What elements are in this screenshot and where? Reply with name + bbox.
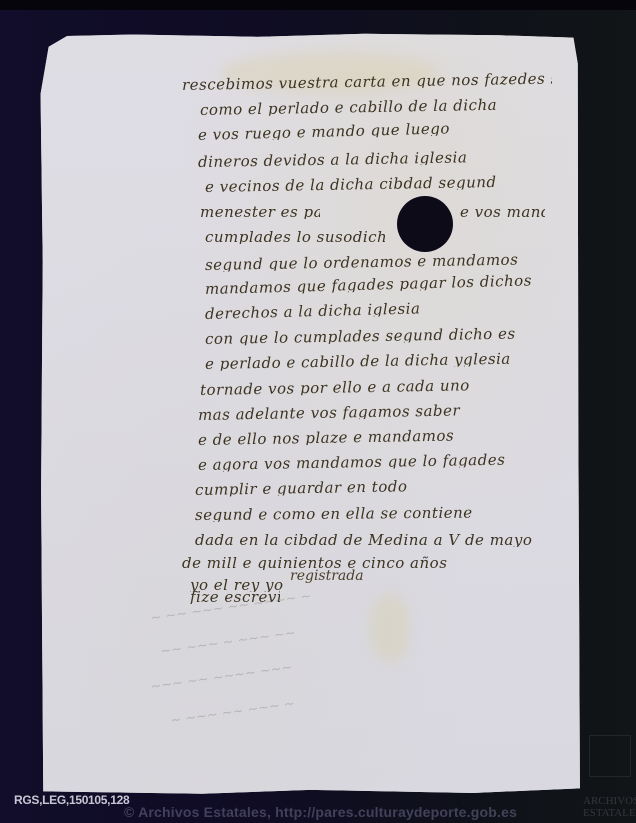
manuscript-line: dada en la cibdad de Medina a V de mayo [195,533,555,547]
bleed-through-text: ~~~ ~~ ~~~~ ~~~ [150,660,294,695]
manuscript-line: e de ello nos plaze e mandamos [198,427,553,447]
logo-mark-icon [589,735,631,777]
manuscript-line: mandamos que fagades pagar los dichos [205,272,570,296]
manuscript-line: cumplir e guardar en todo [195,477,555,497]
document-viewer: rescebimos vuestra carta en que nos faze… [0,0,636,823]
manuscript-line: e vos ruego e mando que luego [198,119,553,142]
signature: registrada [290,568,364,584]
manuscript-line: tornade vos por ello e a cada uno [200,377,555,397]
document-reference: RGS,LEG,150105,128 [14,793,129,807]
manuscript-line: derechos a la dicha iglesia [205,297,570,321]
copyright-watermark: © Archivos Estatales, http://pares.cultu… [124,804,517,820]
manuscript-line: e vecinos de la dicha cibdad segund [205,174,550,194]
logo-line-1: ARCHIVOS [583,795,636,807]
manuscript-line: de mill e quinientos e cinco años [182,556,552,570]
manuscript-line: mas adelante vos fagamos saber [198,402,558,422]
manuscript-line: cumplades lo susodicho [205,230,385,244]
manuscript-line: con que lo cumplades segund dicho es [205,326,570,346]
archive-logo: ARCHIVOS ESTATALES [581,727,636,823]
manuscript-line: e perlado e cabillo de la dicha yglesia [205,351,560,371]
logo-line-2: ESTATALES [583,807,636,819]
manuscript-line: segund e como en ella se contiene [195,505,550,522]
manuscript-line: como el perlado e cabillo de la dicha [200,97,550,117]
bleed-through-text: ~~ ~~~ ~ ~~~ ~~ [160,626,297,660]
manuscript-line: segund que lo ordenamos e mandamos [205,252,570,272]
manuscript-line: e vos mandamos que [460,205,545,219]
manuscript-line: menester es para ello [200,205,320,219]
bleed-through-text: ~ ~~~ ~~ ~~~ ~ [170,696,296,728]
manuscript-line: e agora vos mandamos que lo fagades [198,452,553,472]
manuscript-text: rescebimos vuestra carta en que nos faze… [0,0,636,823]
manuscript-line: dineros devidos a la dicha iglesia [198,149,548,169]
manuscript-line: rescebimos vuestra carta en que nos faze… [182,72,552,92]
